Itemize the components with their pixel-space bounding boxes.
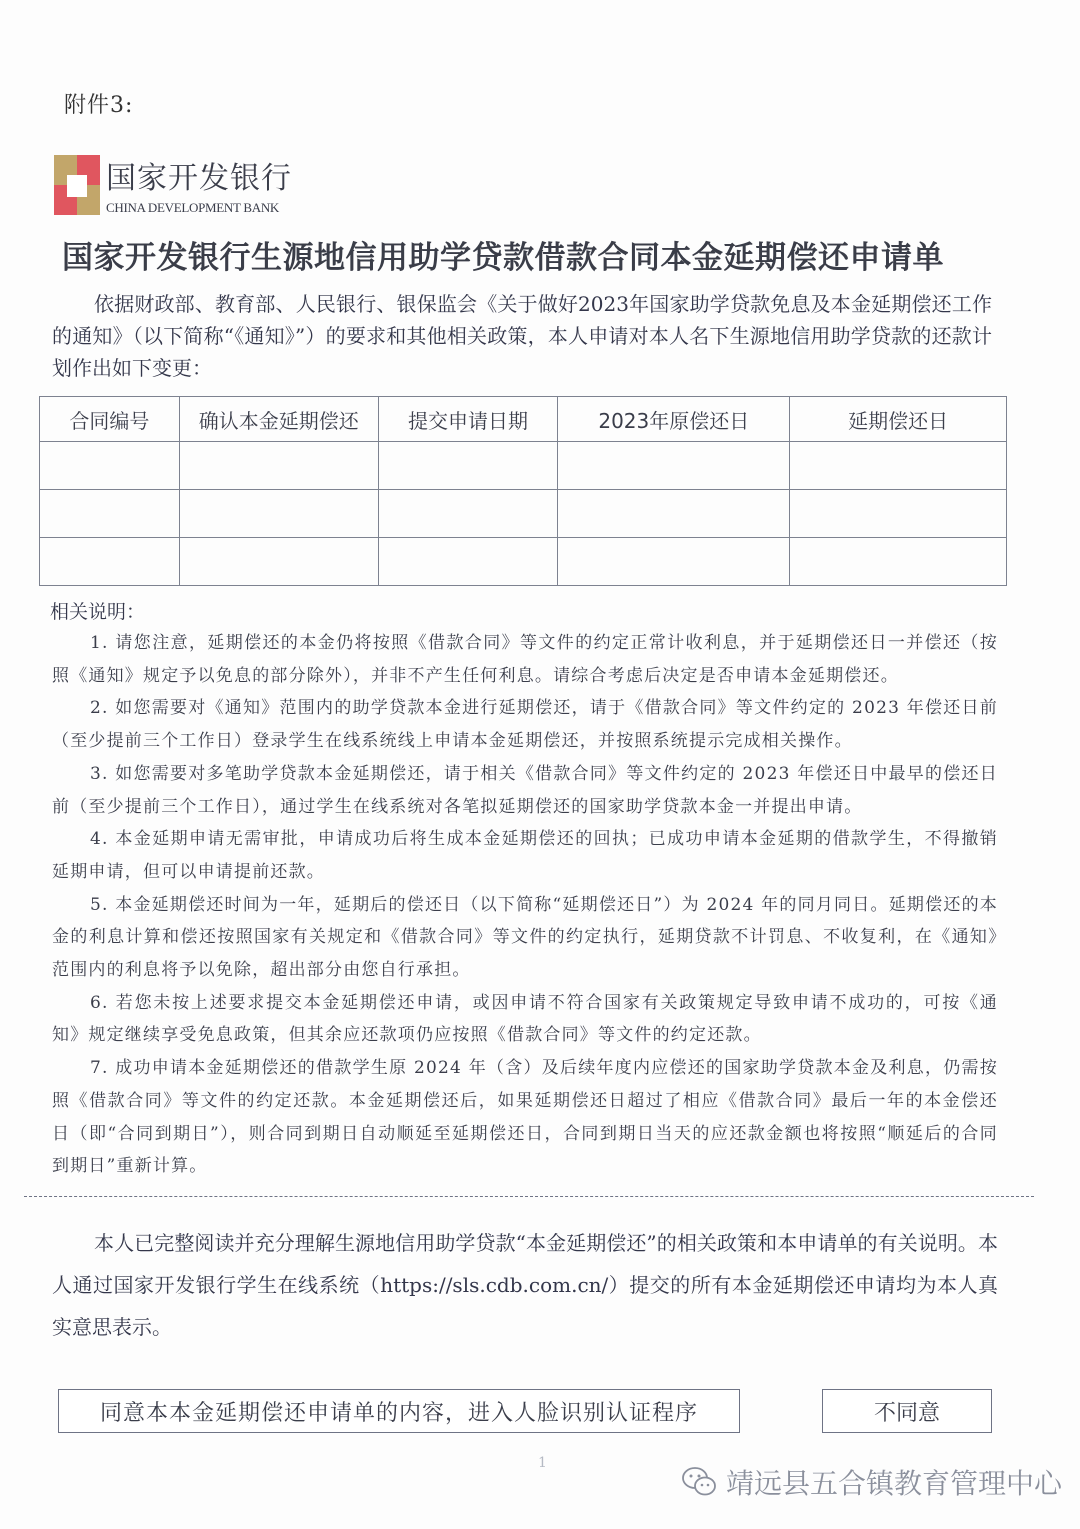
table-cell	[558, 538, 790, 586]
table-cell	[179, 538, 378, 586]
watermark-text: 靖远县五合镇教育管理中心	[726, 1462, 1062, 1502]
table-row	[40, 538, 1007, 586]
table-cell	[378, 490, 558, 538]
note-item-6: 6. 若您未按上述要求提交本金延期偿还申请，或因申请不符合国家有关政策规定导致申…	[52, 987, 998, 1052]
table-cell	[558, 490, 790, 538]
table-cell	[790, 442, 1007, 490]
note-item-4: 4. 本金延期申请无需审批，申请成功后将生成本金延期偿还的回执；已成功申请本金延…	[52, 823, 998, 888]
watermark: 靖远县五合镇教育管理中心	[680, 1462, 1062, 1502]
disagree-button[interactable]: 不同意	[822, 1389, 992, 1433]
table-cell	[179, 442, 378, 490]
table-cell	[790, 490, 1007, 538]
wechat-icon	[680, 1465, 720, 1499]
attachment-label: 附件3:	[64, 88, 133, 119]
dashed-divider	[24, 1196, 1034, 1197]
table-row	[40, 442, 1007, 490]
page-number: 1	[538, 1455, 547, 1471]
note-item-3: 3. 如您需要对多笔助学贷款本金延期偿还，请于相关《借款合同》等文件约定的 20…	[52, 758, 998, 823]
application-table: 合同编号 确认本金延期偿还 提交申请日期 2023年原偿还日 延期偿还日	[39, 396, 1007, 586]
bank-name-en: CHINA DEVELOPMENT BANK	[106, 200, 279, 216]
bank-name-cn: 国家开发银行	[106, 153, 292, 197]
agree-button[interactable]: 同意本本金延期偿还申请单的内容，进入人脸识别认证程序	[58, 1389, 740, 1433]
note-item-5: 5. 本金延期偿还时间为一年，延期后的偿还日（以下简称“延期偿还日”）为 202…	[52, 889, 998, 987]
header-submit-date: 提交申请日期	[378, 397, 558, 442]
header-deferred-due-date: 延期偿还日	[790, 397, 1007, 442]
header-original-due-date: 2023年原偿还日	[558, 397, 790, 442]
cdb-logo-icon	[54, 155, 100, 215]
table-cell	[790, 538, 1007, 586]
document-title: 国家开发银行生源地信用助学贷款借款合同本金延期偿还申请单	[62, 232, 1002, 277]
table-cell	[378, 442, 558, 490]
table-cell	[40, 490, 180, 538]
header-confirm-deferral: 确认本金延期偿还	[179, 397, 378, 442]
header-contract-no: 合同编号	[40, 397, 180, 442]
notes-list: 1. 请您注意，延期偿还的本金仍将按照《借款合同》等文件的约定正常计收利息，并于…	[52, 627, 998, 1183]
note-item-2: 2. 如您需要对《通知》范围内的助学贷款本金进行延期偿还，请于《借款合同》等文件…	[52, 692, 998, 757]
table-row	[40, 490, 1007, 538]
table-header-row: 合同编号 确认本金延期偿还 提交申请日期 2023年原偿还日 延期偿还日	[40, 397, 1007, 442]
table-cell	[40, 538, 180, 586]
intro-paragraph: 依据财政部、教育部、人民银行、银保监会《关于做好2023年国家助学贷款免息及本金…	[52, 288, 992, 384]
table-cell	[558, 442, 790, 490]
note-item-1: 1. 请您注意，延期偿还的本金仍将按照《借款合同》等文件的约定正常计收利息，并于…	[52, 627, 998, 692]
table-cell	[40, 442, 180, 490]
notes-heading: 相关说明：	[50, 597, 145, 624]
declaration-paragraph: 本人已完整阅读并充分理解生源地信用助学贷款“本金延期偿还”的相关政策和本申请单的…	[52, 1222, 998, 1348]
note-item-7: 7. 成功申请本金延期偿还的借款学生原 2024 年（含）及后续年度内应偿还的国…	[52, 1052, 998, 1183]
table-cell	[378, 538, 558, 586]
table-cell	[179, 490, 378, 538]
